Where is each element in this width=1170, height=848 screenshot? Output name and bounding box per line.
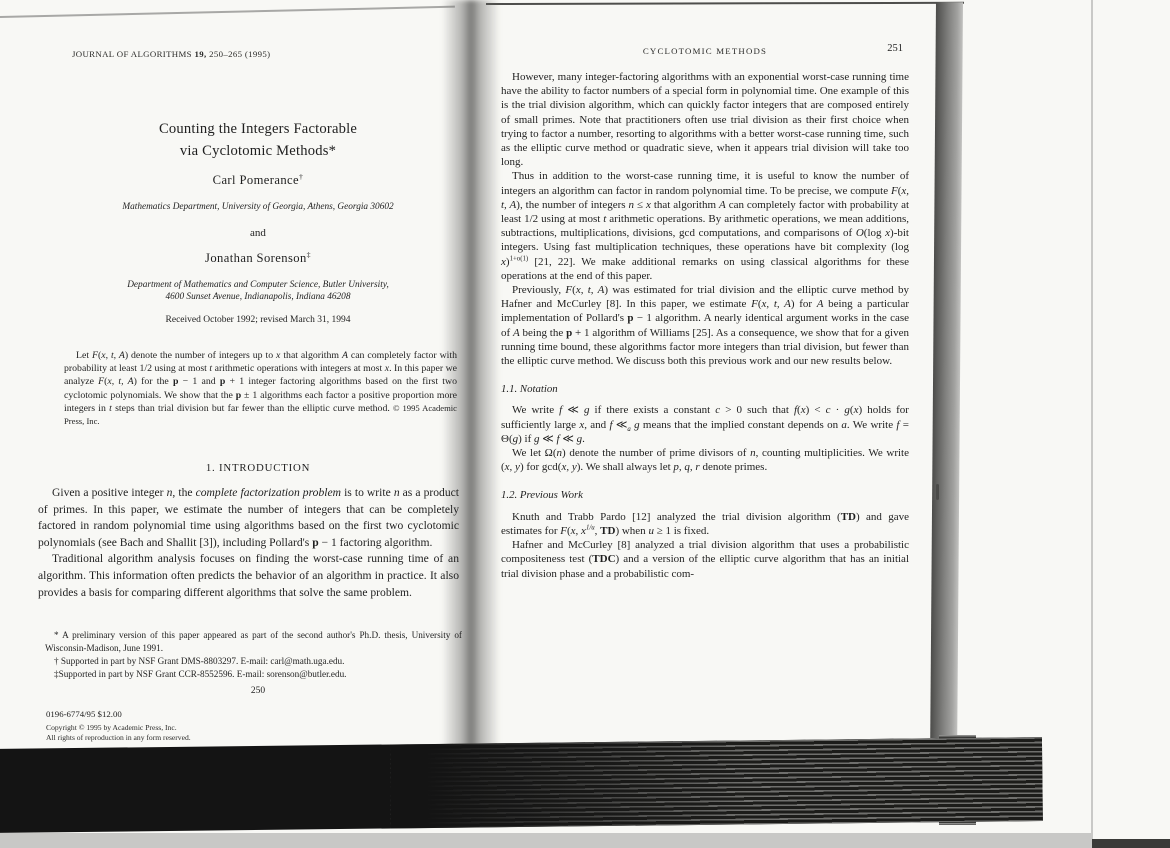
abstract: Let F(x, t, A) denote the number of inte… — [64, 349, 457, 428]
notation-paragraph-2: We let Ω(n) denote the number of prime d… — [501, 446, 909, 474]
title-line-1: Counting the Integers Factorable — [58, 118, 458, 140]
scanner-bottom-strip — [0, 833, 1092, 848]
body-paragraph-3: Previously, F(x, t, A) was estimated for… — [501, 283, 909, 368]
scanned-journal-spread: JOURNAL OF ALGORITHMS 19, 250–265 (1995)… — [0, 0, 1170, 848]
author-1-footnote-mark: † — [299, 172, 303, 181]
intro-paragraph-2: Traditional algorithm analysis focuses o… — [38, 551, 459, 601]
left-page-top-edge — [0, 6, 455, 18]
copyright-line-1: Copyright © 1995 by Academic Press, Inc. — [46, 723, 191, 733]
book-bottom-shadow-band — [0, 737, 1043, 833]
footnote-star: * A preliminary version of this paper ap… — [45, 629, 462, 655]
received-dates: Received October 1992; revised March 31,… — [58, 315, 458, 325]
intro-paragraph-1: Given a positive integer n, the complete… — [38, 485, 459, 551]
publisher-imprint: 0196-6774/95 $12.00 Copyright © 1995 by … — [46, 709, 191, 743]
front-matter: Counting the Integers Factorable via Cyc… — [58, 118, 458, 325]
footnote-double-dagger: ‡Supported in part by NSF Grant CCR-8552… — [45, 668, 462, 681]
author-1: Carl Pomerance† — [58, 173, 458, 188]
subsection-heading-notation: 1.1. Notation — [501, 382, 909, 396]
affiliation-1: Mathematics Department, University of Ge… — [58, 201, 458, 214]
article-title: Counting the Integers Factorable via Cyc… — [58, 118, 458, 162]
affiliation-2-line-1: Department of Mathematics and Computer S… — [58, 279, 458, 292]
notation-paragraph-1: We write f ≪ g if there exists a constan… — [501, 403, 909, 446]
author-2-footnote-mark: ‡ — [307, 249, 311, 258]
body-paragraph-2: Thus in addition to the worst-case runni… — [501, 169, 909, 283]
right-page-header: CYCLOTOMIC METHODS 251 — [501, 46, 909, 62]
section-heading-introduction: 1. INTRODUCTION — [58, 462, 458, 474]
author-2: Jonathan Sorenson‡ — [58, 251, 458, 266]
page-stack-shadow-fade — [390, 740, 749, 828]
author-1-name: Carl Pomerance — [213, 173, 299, 187]
journal-name: JOURNAL OF ALGORITHMS — [72, 49, 192, 59]
footnotes: * A preliminary version of this paper ap… — [45, 629, 462, 681]
scanner-edge-line — [1091, 0, 1093, 848]
body-paragraph-1: However, many integer-factoring algorith… — [501, 70, 909, 169]
scan-artifact-mark — [936, 484, 939, 500]
running-head-right: CYCLOTOMIC METHODS — [501, 46, 909, 56]
page-number-right: 251 — [887, 43, 903, 54]
previous-work-paragraph-1: Knuth and Trabb Pardo [12] analyzed the … — [501, 510, 909, 538]
title-line-2: via Cyclotomic Methods* — [58, 140, 458, 162]
right-page-body: However, many integer-factoring algorith… — [501, 70, 909, 581]
author-2-name: Jonathan Sorenson — [205, 251, 307, 265]
book-page-edge-strip — [930, 2, 963, 738]
subsection-heading-previous-work: 1.2. Previous Work — [501, 488, 909, 502]
author-conjunction: and — [58, 227, 458, 239]
copyright-line-2: All rights of reproduction in any form r… — [46, 733, 191, 743]
journal-volume: 19, — [195, 49, 207, 59]
introduction-text: Given a positive integer n, the complete… — [38, 485, 459, 601]
footnote-dagger: † Supported in part by NSF Grant DMS-880… — [45, 655, 462, 668]
right-page-top-edge — [486, 2, 964, 5]
previous-work-paragraph-2: Hafner and McCurley [8] analyzed a trial… — [501, 538, 909, 581]
affiliation-2: Department of Mathematics and Computer S… — [58, 279, 458, 304]
journal-pages: 250–265 (1995) — [209, 49, 270, 59]
issn-price-line: 0196-6774/95 $12.00 — [46, 709, 191, 719]
affiliation-2-line-2: 4600 Sunset Avenue, Indianapolis, Indian… — [58, 291, 458, 304]
running-head-left: JOURNAL OF ALGORITHMS 19, 250–265 (1995) — [72, 49, 270, 59]
page-number-left: 250 — [58, 686, 458, 696]
scanner-bottom-right-strip — [1092, 839, 1170, 848]
